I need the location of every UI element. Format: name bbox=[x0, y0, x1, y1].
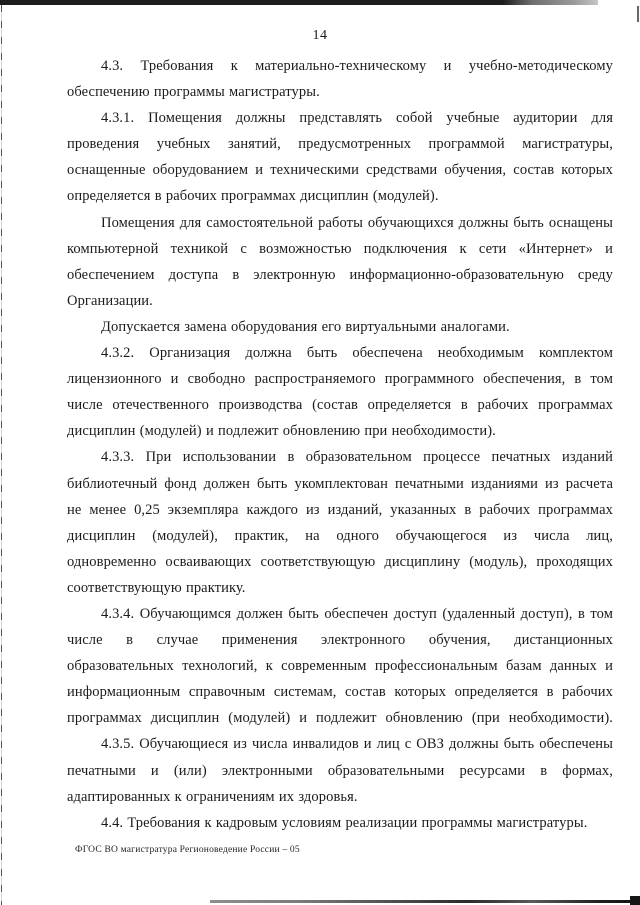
text-line: Организации. bbox=[67, 288, 613, 314]
text-line: адаптированных к ограничениям их здоровь… bbox=[67, 784, 613, 810]
text-line: 4.3.5. Обучающиеся из числа инвалидов и … bbox=[67, 731, 613, 757]
scan-artifact-top-edge bbox=[0, 0, 598, 5]
paragraph-virtual-analogs: Допускается замена оборудования его вирт… bbox=[67, 314, 613, 340]
paragraph-4-3-5: 4.3.5. Обучающиеся из числа инвалидов и … bbox=[67, 731, 613, 809]
text-line: не менее 0,25 экземпляра каждого из изда… bbox=[67, 497, 613, 523]
text-line: 4.3.1. Помещения должны представлять соб… bbox=[67, 105, 613, 131]
text-line: проведения учебных занятий, предусмотрен… bbox=[67, 131, 613, 157]
text-line: 4.3.3. При использовании в образовательн… bbox=[67, 444, 613, 470]
text-line: дисциплин (модулей), практик, на одного … bbox=[67, 523, 613, 549]
paragraph-4-3: 4.3. Требования к материально-техническо… bbox=[67, 53, 613, 105]
text-line: обеспечением доступа в электронную инфор… bbox=[67, 262, 613, 288]
paragraph-4-3-1: 4.3.1. Помещения должны представлять соб… bbox=[67, 105, 613, 209]
text-line: обеспечению программы магистратуры. bbox=[67, 79, 613, 105]
text-line: 4.3. Требования к материально-техническо… bbox=[67, 53, 613, 79]
body-text: 4.3. Требования к материально-техническо… bbox=[67, 53, 613, 836]
text-line: дисциплин (модулей) и подлежит обновлени… bbox=[67, 418, 613, 444]
scan-artifact-bottom-right-corner bbox=[630, 896, 640, 905]
text-line: лицензионного и свободно распространяемо… bbox=[67, 366, 613, 392]
paragraph-4-3-3: 4.3.3. При использовании в образовательн… bbox=[67, 444, 613, 601]
text-line: 4.4. Требования к кадровым условиям реал… bbox=[67, 810, 613, 836]
document-page: 14 4.3. Требования к материально-техниче… bbox=[0, 0, 640, 905]
scan-artifact-bottom-edge bbox=[210, 900, 640, 903]
text-line: 4.3.4. Обучающимся должен быть обеспечен… bbox=[67, 601, 613, 627]
text-line: образовательных технологий, к современны… bbox=[67, 653, 613, 679]
page-number: 14 bbox=[0, 28, 640, 44]
text-line: Помещения для самостоятельной работы обу… bbox=[67, 210, 613, 236]
text-line: библиотечный фонд должен быть укомплекто… bbox=[67, 471, 613, 497]
paragraph-4-4: 4.4. Требования к кадровым условиям реал… bbox=[67, 810, 613, 836]
paragraph-self-study-rooms: Помещения для самостоятельной работы обу… bbox=[67, 210, 613, 314]
text-line: одновременно осваивающих соответствующую… bbox=[67, 549, 613, 575]
footer-document-code: ФГОС ВО магистратура Регионоведение Росс… bbox=[75, 845, 300, 855]
scan-artifact-left-edge bbox=[1, 5, 2, 905]
text-line: числе отечественного производства (соста… bbox=[67, 392, 613, 418]
text-line: 4.3.2. Организация должна быть обеспечен… bbox=[67, 340, 613, 366]
paragraph-4-3-2: 4.3.2. Организация должна быть обеспечен… bbox=[67, 340, 613, 444]
text-line: оснащенные оборудованием и техническими … bbox=[67, 157, 613, 183]
text-line: числе в случае применения электронного о… bbox=[67, 627, 613, 653]
scan-artifact-right-edge bbox=[637, 6, 639, 22]
text-line: печатными и (или) электронными образоват… bbox=[67, 758, 613, 784]
paragraph-4-3-4: 4.3.4. Обучающимся должен быть обеспечен… bbox=[67, 601, 613, 731]
text-line: определяется в рабочих программах дисцип… bbox=[67, 183, 613, 209]
text-line: информационным справочным системам, сост… bbox=[67, 679, 613, 705]
text-line: программах дисциплин (модулей) и подлежи… bbox=[67, 705, 613, 731]
text-line: компьютерной техникой с возможностью под… bbox=[67, 236, 613, 262]
text-line: соответствующую практику. bbox=[67, 575, 613, 601]
text-line: Допускается замена оборудования его вирт… bbox=[67, 314, 613, 340]
